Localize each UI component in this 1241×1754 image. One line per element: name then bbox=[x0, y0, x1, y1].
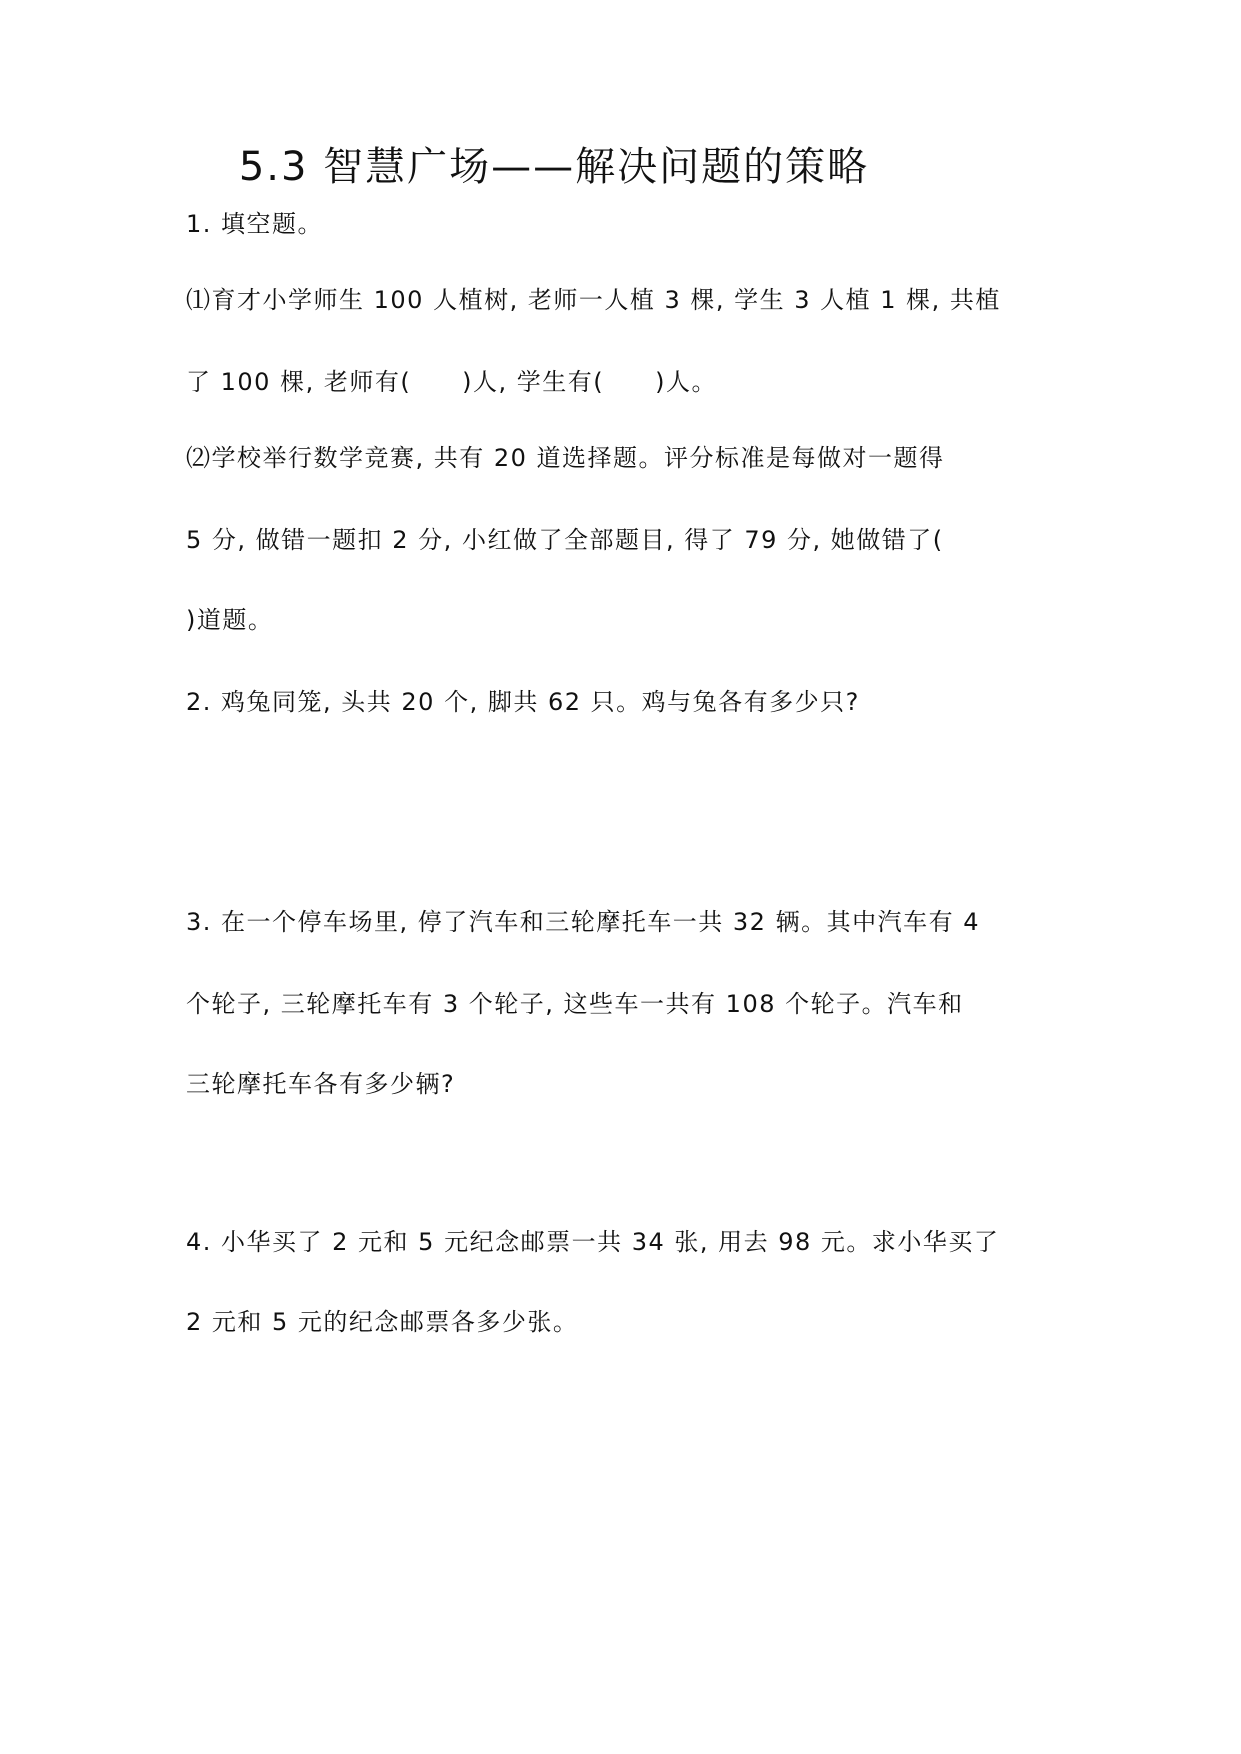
question-1-1-line-2: 了 100 棵, 老师有( )人, 学生有( )人。 bbox=[186, 366, 717, 398]
question-1-2-line-2: 5 分, 做错一题扣 2 分, 小红做了全部题目, 得了 79 分, 她做错了( bbox=[186, 524, 944, 556]
question-3-line-3: 三轮摩托车各有多少辆? bbox=[186, 1068, 455, 1100]
question-3-line-1: 3. 在一个停车场里, 停了汽车和三轮摩托车一共 32 辆。其中汽车有 4 bbox=[186, 906, 980, 938]
question-1-2-line-1: ⑵学校举行数学竞赛, 共有 20 道选择题。评分标准是每做对一题得 bbox=[186, 442, 945, 474]
question-1-2-line-3: )道题。 bbox=[186, 604, 273, 636]
question-4-line-1: 4. 小华买了 2 元和 5 元纪念邮票一共 34 张, 用去 98 元。求小华… bbox=[186, 1226, 999, 1258]
question-2-line-1: 2. 鸡兔同笼, 头共 20 个, 脚共 62 只。鸡与兔各有多少只? bbox=[186, 686, 860, 718]
section-1-heading: 1. 填空题。 bbox=[186, 208, 323, 240]
question-4-line-2: 2 元和 5 元的纪念邮票各多少张。 bbox=[186, 1306, 578, 1338]
worksheet-page: 5.3 智慧广场——解决问题的策略 1. 填空题。 ⑴育才小学师生 100 人植… bbox=[0, 0, 1241, 1754]
page-title: 5.3 智慧广场——解决问题的策略 bbox=[0, 142, 1108, 192]
question-1-1-line-1: ⑴育才小学师生 100 人植树, 老师一人植 3 棵, 学生 3 人植 1 棵,… bbox=[186, 284, 1001, 316]
question-3-line-2: 个轮子, 三轮摩托车有 3 个轮子, 这些车一共有 108 个轮子。汽车和 bbox=[186, 988, 964, 1020]
